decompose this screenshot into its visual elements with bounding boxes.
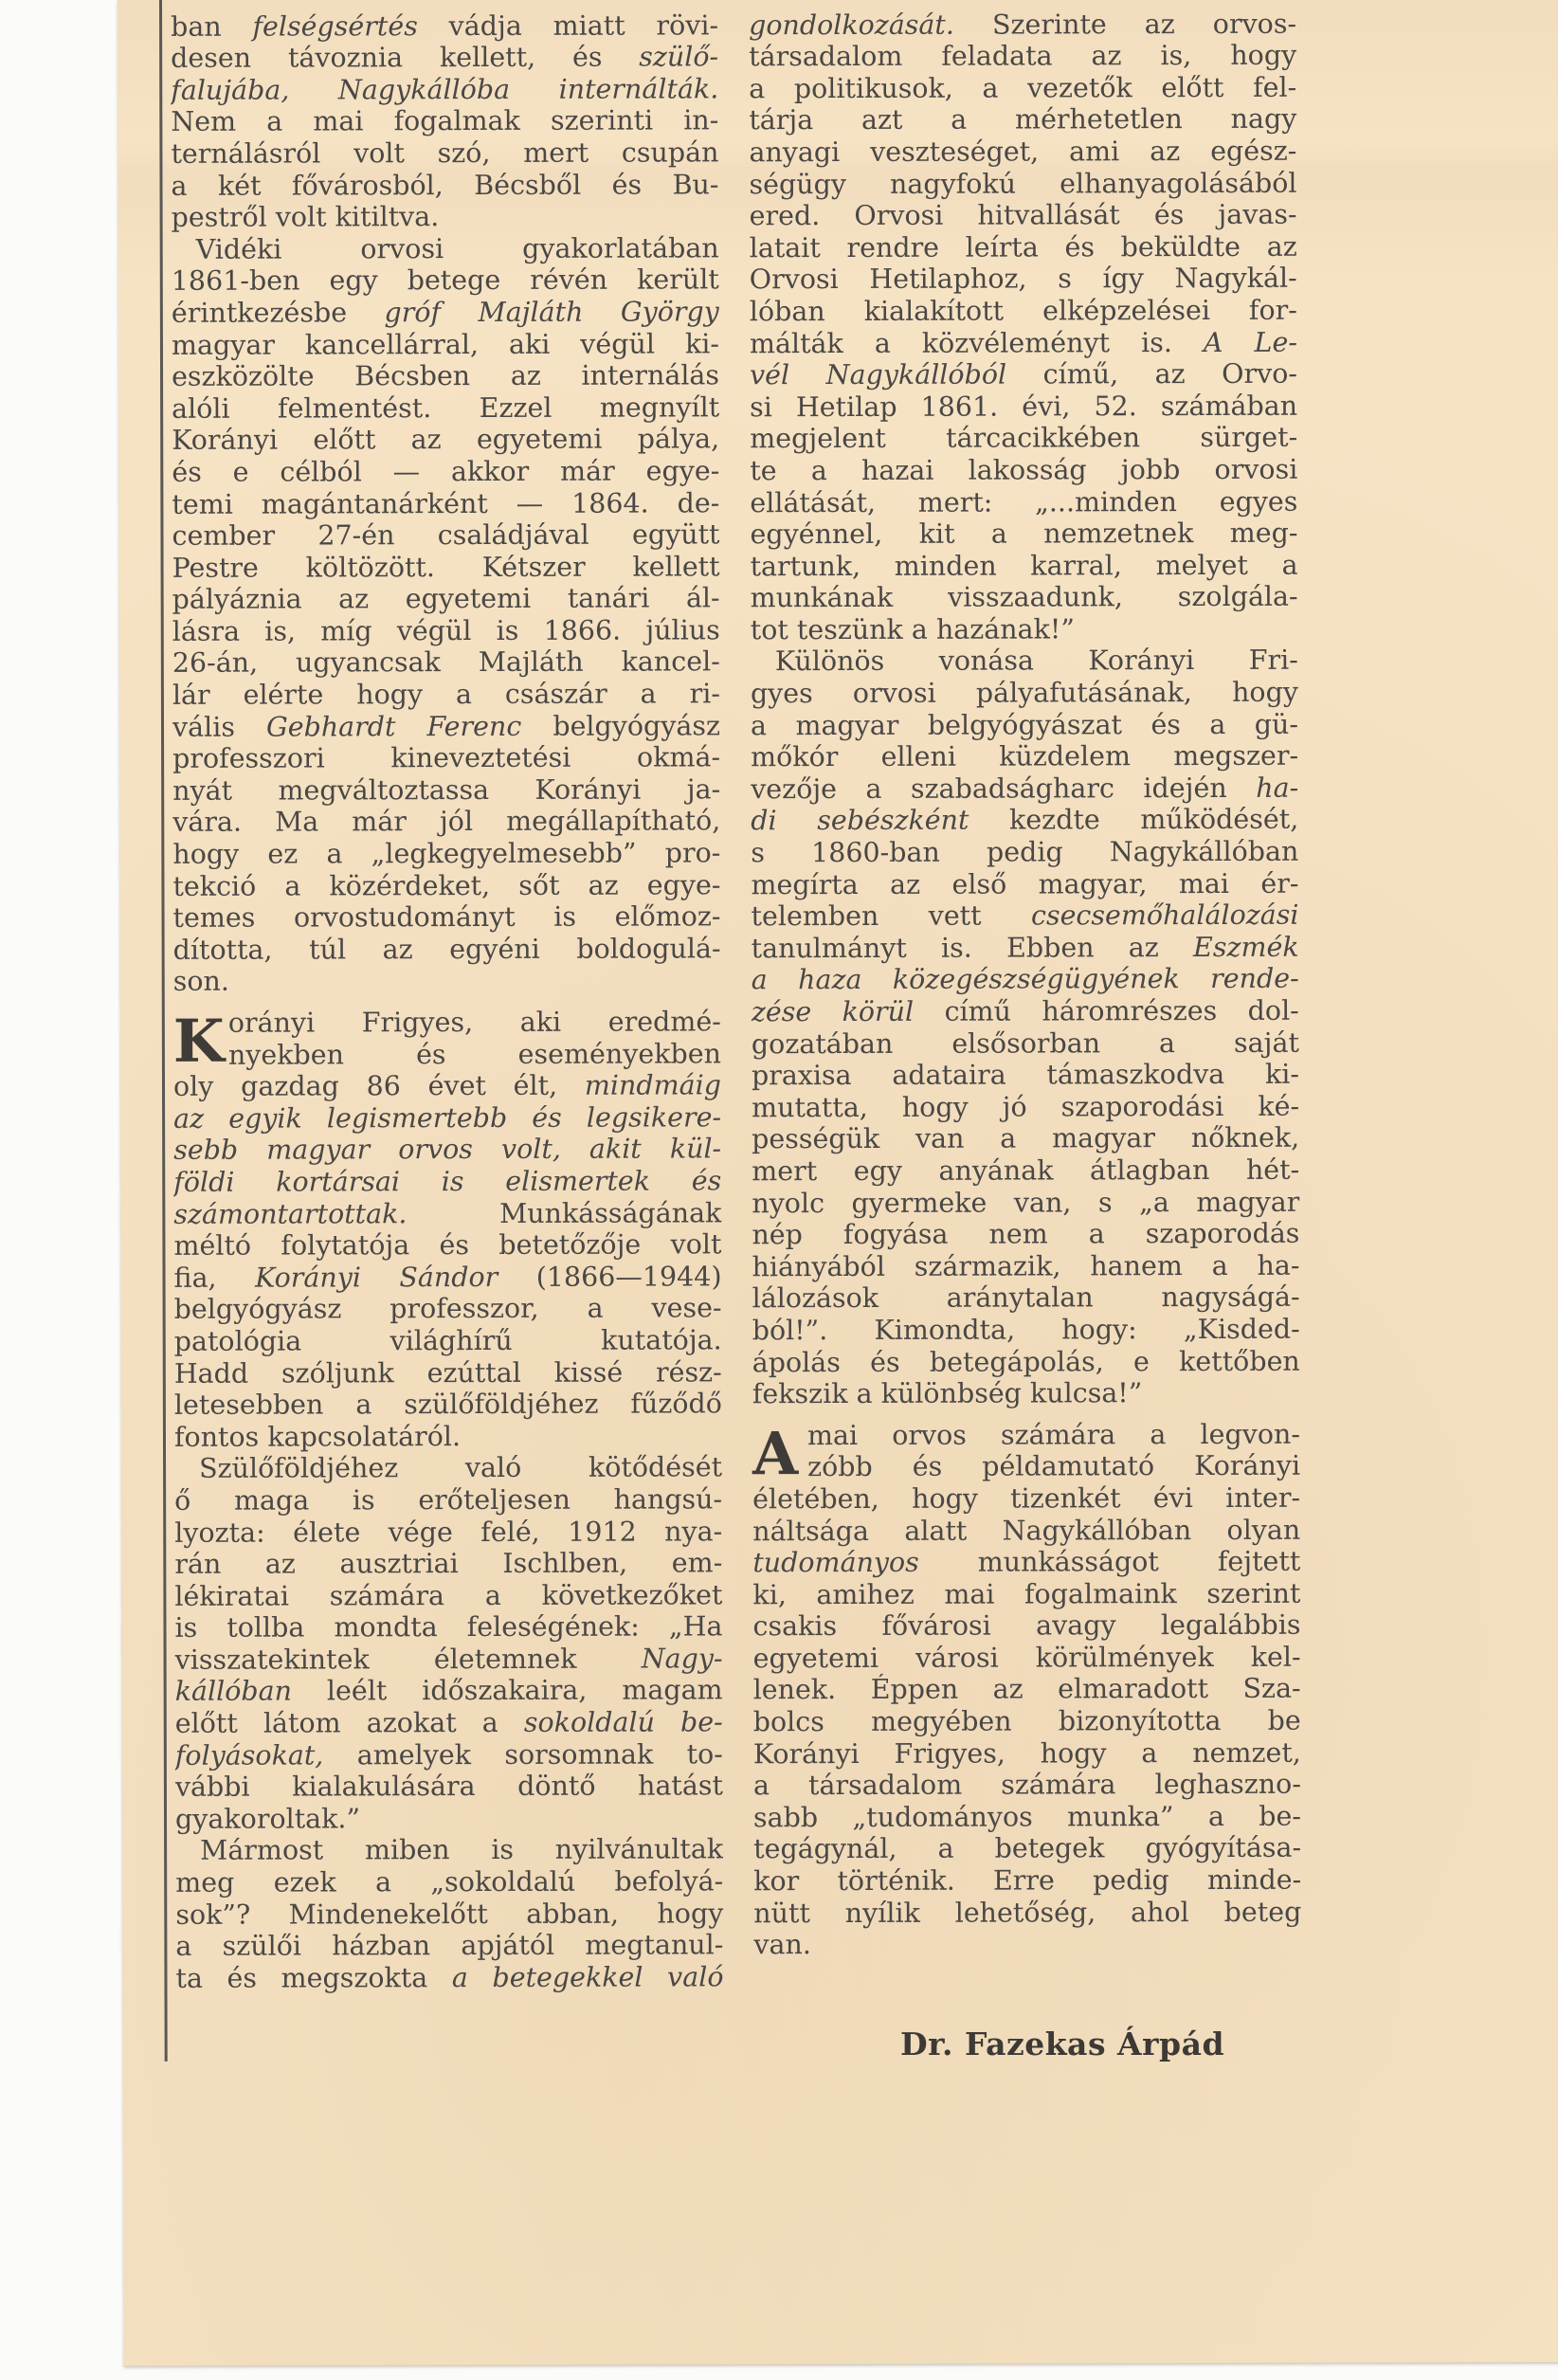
italic-text: mindmáig	[585, 1070, 721, 1101]
text-line: si Hetilap 1861. évi, 52. számában	[750, 390, 1297, 423]
text-line: méltó folytatója és betetőzője volt	[173, 1228, 721, 1262]
text-line: Különös vonása Korányi Fri-	[751, 645, 1298, 678]
text: egyénnel, kit a nemzetnek meg-	[750, 518, 1297, 551]
text-line: az egyik legismertebb és legsikere-	[173, 1101, 721, 1135]
text-line: telemben vett csecsemőhalálozási	[751, 899, 1298, 933]
text-line: 26-án, ugyancsak Majláth kancel-	[172, 646, 720, 680]
text: ból!”. Kimondta, hogy: „Kisded-	[752, 1314, 1300, 1347]
text-line: ellátását, mert: „...minden egyes	[750, 485, 1297, 518]
text-line: gyakoroltak.”	[175, 1802, 723, 1835]
text-line: náltsága alatt Nagykállóban olyan	[752, 1514, 1300, 1547]
text: tekció a közérdeket, sőt az egye-	[172, 869, 720, 902]
text-line: van.	[753, 1928, 1301, 1961]
text: Pestre költözött. Kétszer kellett	[172, 551, 720, 584]
text: Vidéki orvosi gyakorlatában	[196, 232, 719, 264]
text: s 1860-ban pedig Nagykállóban	[751, 836, 1298, 869]
text: hiányából származik, hanem a ha-	[752, 1249, 1299, 1282]
italic-text: az egyik legismertebb és legsikere-	[173, 1101, 721, 1135]
text: Különös vonása Korányi Fri-	[775, 645, 1298, 677]
text: társadalom feladata az is, hogy	[749, 40, 1296, 73]
text: előtt látom azokat a	[175, 1707, 524, 1739]
text-line: ternálásról volt szó, mert csupán	[171, 136, 718, 170]
text-line: tekció a közérdeket, sőt az egye-	[172, 869, 720, 902]
text: kor történik. Erre pedig minde-	[753, 1864, 1301, 1898]
text-line: megjelent tárcacikkében sürget-	[750, 422, 1297, 455]
text-line: előtt látom azokat a sokoldalú be-	[175, 1706, 723, 1739]
italic-text: gondolkozását.	[749, 9, 954, 41]
text-line: Vidéki orvosi gyakorlatában	[172, 232, 719, 265]
text: Nem a mai fogalmak szerinti in-	[171, 105, 718, 138]
text-line: Korányi előtt az egyetemi pálya,	[172, 424, 719, 457]
italic-text: ha-	[1256, 772, 1298, 804]
dropcap-paragraph: Korányi Frigyes, aki eredmé-nyekben és e…	[173, 1006, 721, 1071]
text: pességük van a magyar nőknek,	[752, 1122, 1299, 1155]
text-line: érintkezésbe gróf Majláth György	[172, 296, 719, 329]
author-signature: Dr. Fazekas Árpád	[900, 2026, 1224, 2062]
italic-text: a betegekkel való	[452, 1961, 724, 1993]
text: dította, túl az egyéni boldogulá-	[173, 933, 721, 966]
text-line: ta és megszokta a betegekkel való	[175, 1961, 723, 1994]
text: érintkezésbe	[172, 297, 385, 329]
text: fontos kapcsolatáról.	[174, 1421, 461, 1453]
text: alóli felmentést. Ezzel megnyílt	[172, 391, 719, 425]
text: a két fővárosból, Bécsből és Bu-	[171, 169, 718, 202]
italic-text: zése körül	[752, 996, 914, 1027]
text-line: mőkór elleni küzdelem megszer-	[751, 740, 1298, 773]
text-line: belgyógyász professzor, a vese-	[174, 1293, 722, 1326]
text-line: életében, hogy tizenkét évi inter-	[752, 1482, 1300, 1516]
text-line: lyozta: élete vége felé, 1912 nya-	[174, 1516, 722, 1549]
text-line: kállóban leélt időszakaira, magam	[175, 1675, 723, 1708]
text-line: te a hazai lakosság jobb orvosi	[750, 454, 1297, 487]
italic-text: gróf Majláth György	[384, 296, 718, 328]
text: van.	[753, 1929, 811, 1960]
text-line: vél Nagykállóból című, az Orvo-	[750, 358, 1297, 391]
text: vádja miatt rövi-	[418, 9, 718, 42]
text-line: cember 27-én családjával együtt	[172, 518, 719, 552]
text: (1866—1944)	[498, 1261, 721, 1293]
text-line: fia, Korányi Sándor (1866—1944)	[173, 1261, 721, 1294]
text-line: di sebészként kezdte működését,	[751, 804, 1298, 837]
text: málták a közvéleményt is.	[750, 327, 1204, 359]
text: 1861-ben egy betege révén került	[172, 264, 719, 298]
text: gyes orvosi pályafutásának, hogy	[751, 677, 1298, 710]
text: a magyar belgyógyászat és a gü-	[751, 708, 1298, 741]
text: lenek. Éppen az elmaradott Sza-	[753, 1673, 1301, 1706]
text-line: nütt nyílik lehetőség, ahol beteg	[753, 1896, 1301, 1929]
text-line: Nem a mai fogalmak szerinti in-	[171, 105, 718, 138]
text-line: desen távoznia kellett, és szülő-	[171, 42, 718, 75]
text-line: dította, túl az egyéni boldogulá-	[173, 933, 721, 966]
text-line: a haza közegészségügyének rende-	[752, 963, 1299, 996]
text-line: rán az ausztriai Ischlben, em-	[174, 1547, 722, 1580]
text-line: patológia világhírű kutatója.	[174, 1324, 722, 1357]
text-line: lóban kialakított elképzelései for-	[750, 295, 1297, 328]
text: vezője a szabadságharc idején	[751, 772, 1256, 805]
text: tot teszünk a hazának!”	[751, 613, 1075, 645]
text: mőkór elleni küzdelem megszer-	[751, 740, 1298, 773]
text: vális	[172, 711, 266, 742]
italic-text: kállóban	[175, 1676, 292, 1707]
text: ő maga is erőteljesen hangsú-	[174, 1483, 722, 1517]
text-line: pályáznia az egyetemi tanári ál-	[172, 583, 720, 616]
text-line: praxisa adataira támaszkodva ki-	[752, 1059, 1299, 1092]
text: desen távoznia kellett, és	[171, 42, 639, 74]
text: nép fogyása nem a szaporodás	[752, 1218, 1299, 1251]
text-line: egyetemi városi körülmények kel-	[753, 1642, 1301, 1675]
text-line: tárja azt a mérhetetlen nagy	[749, 103, 1296, 136]
text-line: s 1860-ban pedig Nagykállóban	[751, 836, 1298, 869]
text-line: vezője a szabadságharc idején ha-	[751, 772, 1298, 806]
text-line: vára. Ma már jól megállapítható,	[172, 806, 720, 839]
text-line: professzori kineveztetési okmá-	[172, 742, 720, 775]
text-line: Korányi Frigyes, hogy a nemzet,	[753, 1736, 1301, 1770]
text-line: gozatában elsősorban a saját	[752, 1026, 1299, 1060]
text: Szerinte az orvos-	[954, 8, 1296, 40]
text: belgyógyász professzor, a vese-	[174, 1293, 722, 1326]
text: nütt nyílik lehetőség, ahol beteg	[753, 1896, 1301, 1929]
text: munkásságot fejtett	[919, 1546, 1301, 1578]
text: magyar kancellárral, aki végül ki-	[172, 328, 719, 361]
italic-text: számontartottak.	[173, 1198, 407, 1230]
text-line: meg ezek a „sokoldalú befolyá-	[175, 1865, 723, 1899]
text-line: lár elérte hogy a császár a ri-	[172, 678, 720, 711]
text: tegágynál, a betegek gyógyítása-	[753, 1832, 1301, 1865]
drop-cap-letter: A	[752, 1426, 798, 1482]
text: lóban kialakított elképzelései for-	[750, 295, 1297, 328]
text-line: sabb „tudományos munka” a be-	[753, 1801, 1301, 1834]
text: te a hazai lakosság jobb orvosi	[750, 454, 1297, 487]
text: Orvosi Hetilaphoz, s így Nagykál-	[750, 263, 1297, 296]
text: gozatában elsősorban a saját	[752, 1026, 1299, 1060]
text: patológia világhírű kutatója.	[174, 1324, 722, 1357]
text: pestről volt kitiltva.	[172, 201, 440, 233]
text-line: a politikusok, a vezetők előtt fel-	[749, 72, 1296, 105]
text: ségügy nagyfokú elhanyagolásából	[749, 167, 1296, 200]
text-line: Szülőföldjéhez való kötődését	[174, 1452, 722, 1485]
italic-text: csecsemőhalálozási	[1031, 899, 1299, 932]
text: is tollba mondta feleségének: „Ha	[174, 1611, 722, 1644]
text-line: visszatekintek életemnek Nagy-	[175, 1643, 723, 1676]
text: gyakoroltak.”	[175, 1803, 360, 1835]
text: kezdte működését,	[969, 804, 1298, 836]
text: leélt időszakaira, magam	[292, 1675, 723, 1707]
text-line: latait rendre leírta és beküldte az	[750, 230, 1297, 263]
text-line: folyásokat, amelyek sorsomnak to-	[175, 1738, 723, 1771]
text-line: földi kortársai is elismertek és	[173, 1165, 721, 1198]
text-line: egyénnel, kit a nemzetnek meg-	[750, 518, 1297, 551]
text: megírta az első magyar, mai ér-	[751, 867, 1298, 900]
text: tárja azt a mérhetetlen nagy	[749, 103, 1296, 136]
text: letesebben a szülőföldjéhez fűződő	[174, 1388, 722, 1421]
text-line: nyát megváltoztassa Korányi ja-	[172, 773, 720, 807]
text: ered. Orvosi hitvallását és javas-	[750, 199, 1297, 232]
text: visszatekintek életemnek	[175, 1643, 642, 1675]
text-line: és e célból — akkor már egye-	[172, 455, 719, 488]
text-line: zése körül című háromrészes dol-	[752, 995, 1299, 1028]
text-line: ered. Orvosi hitvallását és javas-	[750, 199, 1297, 232]
text: cember 27-én családjával együtt	[172, 518, 719, 552]
text: Szülőföldjéhez való kötődését	[199, 1452, 722, 1484]
text-line: fekszik a különbség kulcsa!”	[752, 1377, 1300, 1410]
text: nyolc gyermeke van, s „a magyar	[752, 1186, 1299, 1219]
text: telemben vett	[751, 900, 1031, 933]
text-line: mert egy anyának átlagban hét-	[752, 1154, 1299, 1188]
text-line: csakis fővárosi avagy legalábbis	[752, 1609, 1300, 1643]
text-line: lékiratai számára a következőket	[174, 1579, 722, 1612]
text: fia,	[173, 1262, 255, 1293]
text: Hadd szóljunk ezúttal kissé rész-	[174, 1356, 722, 1390]
cropped-line	[171, 0, 718, 10]
text: orányi Frigyes, aki eredmé-	[228, 1006, 721, 1038]
italic-text: di sebészként	[751, 805, 969, 837]
text: anyagi veszteséget, ami az egész-	[749, 136, 1296, 169]
italic-text: vél Nagykállóból	[750, 359, 1006, 391]
text: megjelent tárcacikkében sürget-	[750, 422, 1297, 455]
text: életében, hogy tizenkét évi inter-	[752, 1482, 1300, 1516]
text-line: a szülői házban apjától megtanul-	[175, 1930, 723, 1963]
text-line: lenek. Éppen az elmaradott Sza-	[753, 1673, 1301, 1706]
text: Korányi Frigyes, hogy a nemzet,	[753, 1736, 1301, 1770]
text-line: temes orvostudományt is előmoz-	[172, 901, 720, 935]
article-column-right: gondolkozását. Szerinte az orvos-társada…	[749, 0, 1301, 1961]
italic-text: földi kortársai is elismertek és	[173, 1165, 721, 1198]
text: a politikusok, a vezetők előtt fel-	[749, 72, 1296, 105]
text-line: társadalom feladata az is, hogy	[749, 40, 1296, 73]
text: munkának visszaadunk, szolgála-	[751, 581, 1298, 614]
italic-text: Nagy-	[642, 1643, 723, 1674]
text: méltó folytatója és betetőzője volt	[173, 1228, 721, 1262]
text: temes orvostudományt is előmoz-	[172, 901, 720, 935]
text: Munkásságának	[407, 1197, 721, 1229]
column-rule	[159, 0, 168, 2062]
text: bolcs megyében bizonyította be	[753, 1705, 1301, 1738]
text: a szülői házban apjától megtanul-	[175, 1930, 723, 1963]
article-column-left: ban felségsértés vádja miatt rövi-desen …	[171, 0, 724, 1994]
text: meg ezek a „sokoldalú befolyá-	[175, 1865, 723, 1899]
text-line: mutatta, hogy jó szaporodási ké-	[752, 1091, 1299, 1124]
italic-text: falujába, Nagykállóba internálták.	[171, 73, 718, 106]
text-line: ból!”. Kimondta, hogy: „Kisded-	[752, 1314, 1300, 1347]
text: című, az Orvo-	[1006, 358, 1297, 391]
italic-text: felségsértés	[252, 10, 417, 42]
text: son.	[173, 966, 229, 997]
text: lyozta: élete vége felé, 1912 nya-	[174, 1516, 722, 1549]
text: ápolás és betegápolás, e kettőben	[752, 1345, 1300, 1378]
text-line: Hadd szóljunk ezúttal kissé rész-	[174, 1356, 722, 1390]
text-line: oly gazdag 86 évet élt, mindmáig	[173, 1070, 721, 1103]
text-line: mai orvos számára a legvon-	[752, 1418, 1300, 1451]
text-line: ápolás és betegápolás, e kettőben	[752, 1345, 1300, 1378]
italic-text: a haza közegészségügyének rende-	[752, 963, 1299, 996]
text-line: nyolc gyermeke van, s „a magyar	[752, 1186, 1299, 1219]
text-line: fontos kapcsolatáról.	[174, 1420, 722, 1453]
text-line: hiányából származik, hanem a ha-	[752, 1249, 1299, 1282]
text-line: ő maga is erőteljesen hangsú-	[174, 1483, 722, 1517]
italic-text: Gebhardt Ferenc	[266, 711, 521, 743]
text: praxisa adataira támaszkodva ki-	[752, 1059, 1299, 1092]
text-line: Mármost miben is nyilvánultak	[175, 1834, 723, 1867]
text: tartunk, minden karral, melyet a	[751, 549, 1298, 582]
text-line: nép fogyása nem a szaporodás	[752, 1218, 1299, 1251]
text-line: tot teszünk a hazának!”	[751, 613, 1298, 646]
text: ta és megszokta	[175, 1962, 451, 1994]
text-line: pességük van a magyar nőknek,	[752, 1122, 1299, 1155]
text-line: a társadalom számára leghaszno-	[753, 1769, 1301, 1802]
text-line: falujába, Nagykállóba internálták.	[171, 73, 718, 106]
newspaper-clipping: ban felségsértés vádja miatt rövi-desen …	[118, 0, 1558, 2366]
text: lár elérte hogy a császár a ri-	[172, 678, 720, 711]
text-line: kor történik. Erre pedig minde-	[753, 1864, 1301, 1898]
italic-text: A Le-	[1204, 326, 1297, 357]
text: latait rendre leírta és beküldte az	[750, 230, 1297, 263]
text: nyát megváltoztassa Korányi ja-	[172, 773, 720, 807]
text-line: ban felségsértés vádja miatt rövi-	[171, 9, 718, 43]
text: nyekben és eseményekben	[228, 1038, 721, 1070]
text-line: ki, amihez mai fogalmaink szerint	[752, 1577, 1300, 1610]
text-line: is tollba mondta feleségének: „Ha	[174, 1611, 722, 1644]
text: vára. Ma már jól megállapítható,	[172, 806, 720, 839]
drop-cap-letter: K	[173, 1013, 225, 1070]
text: belgyógyász	[521, 710, 720, 742]
text: ki, amihez mai fogalmaink szerint	[752, 1577, 1300, 1610]
text: zóbb és példamutató Korányi	[807, 1450, 1300, 1482]
text: sabb „tudományos munka” a be-	[753, 1801, 1301, 1834]
text: mutatta, hogy jó szaporodási ké-	[752, 1091, 1299, 1124]
text: pályáznia az egyetemi tanári ál-	[172, 583, 720, 616]
italic-text: Eszmék	[1193, 932, 1299, 963]
text-line: letesebben a szülőföldjéhez fűződő	[174, 1388, 722, 1421]
text: amelyek sorsomnak to-	[323, 1738, 723, 1771]
text-line: munkának visszaadunk, szolgála-	[751, 581, 1298, 614]
text: temi magántanárként — 1864. de-	[172, 487, 719, 520]
text: tanulmányt is. Ebben az	[752, 932, 1193, 964]
text-line: nyekben és eseményekben	[173, 1038, 721, 1071]
text: ellátását, mert: „...minden egyes	[750, 485, 1297, 518]
text: lálozások aránytalan nagyságá-	[752, 1281, 1300, 1315]
text: fekszik a különbség kulcsa!”	[752, 1377, 1143, 1409]
text-line: zóbb és példamutató Korányi	[752, 1450, 1300, 1483]
text: a társadalom számára leghaszno-	[753, 1769, 1301, 1802]
text: si Hetilap 1861. évi, 52. számában	[750, 390, 1297, 423]
text-line: bolcs megyében bizonyította be	[753, 1705, 1301, 1738]
italic-text: szülő-	[639, 42, 718, 73]
text-line: hogy ez a „legkegyelmesebb” pro-	[172, 837, 720, 870]
text: eszközölte Bécsben az internálás	[172, 359, 719, 392]
text-line: ségügy nagyfokú elhanyagolásából	[749, 167, 1296, 200]
text-line: a magyar belgyógyászat és a gü-	[751, 708, 1298, 741]
italic-text: sebb magyar orvos volt, akit kül-	[173, 1134, 721, 1167]
text-line: tanulmányt is. Ebben az Eszmék	[752, 932, 1299, 965]
text: sok”? Mindenekelőtt abban, hogy	[175, 1898, 723, 1931]
text-line: sebb magyar orvos volt, akit kül-	[173, 1134, 721, 1167]
text: Mármost miben is nyilvánultak	[200, 1834, 723, 1866]
text: című háromrészes dol-	[914, 995, 1299, 1027]
text: csakis fővárosi avagy legalábbis	[752, 1609, 1300, 1643]
text: és e célból — akkor már egye-	[172, 455, 719, 488]
text-line: lálozások aránytalan nagyságá-	[752, 1281, 1300, 1315]
text-line: pestről volt kitiltva.	[172, 200, 719, 233]
text-line: Pestre költözött. Kétszer kellett	[172, 551, 720, 584]
text-line: a két fővárosból, Bécsből és Bu-	[171, 169, 718, 202]
text: lékiratai számára a következőket	[174, 1579, 722, 1612]
text: vábbi kialakulására döntő hatást	[175, 1771, 723, 1804]
dropcap-paragraph: Amai orvos számára a legvon-zóbb és péld…	[752, 1418, 1300, 1483]
text-line: temi magántanárként — 1864. de-	[172, 487, 719, 520]
italic-text: tudományos	[752, 1547, 919, 1578]
text-line: vábbi kialakulására döntő hatást	[175, 1771, 723, 1804]
text-line: Orvosi Hetilaphoz, s így Nagykál-	[750, 263, 1297, 296]
text-line: magyar kancellárral, aki végül ki-	[172, 328, 719, 361]
text-line: lásra is, míg végül is 1866. július	[172, 614, 720, 647]
text: Korányi előtt az egyetemi pálya,	[172, 424, 719, 457]
italic-text: Korányi Sándor	[255, 1262, 498, 1294]
text-line: 1861-ben egy betege révén került	[172, 264, 719, 298]
text-line: tartunk, minden karral, melyet a	[751, 549, 1298, 582]
text-line: orányi Frigyes, aki eredmé-	[173, 1006, 721, 1039]
text-line: számontartottak. Munkásságának	[173, 1197, 721, 1230]
text-line: eszközölte Bécsben az internálás	[172, 359, 719, 392]
text-line: tegágynál, a betegek gyógyítása-	[753, 1832, 1301, 1865]
text: rán az ausztriai Ischlben, em-	[174, 1547, 722, 1580]
text: egyetemi városi körülmények kel-	[753, 1642, 1301, 1675]
text-line: megírta az első magyar, mai ér-	[751, 867, 1298, 900]
italic-text: sokoldalú be-	[524, 1706, 723, 1738]
text-line: málták a közvéleményt is. A Le-	[750, 326, 1297, 359]
cropped-line	[749, 0, 1296, 9]
text: ternálásról volt szó, mert csupán	[171, 136, 718, 170]
text-line: anyagi veszteséget, ami az egész-	[749, 136, 1296, 169]
text-line: sok”? Mindenekelőtt abban, hogy	[175, 1898, 723, 1931]
text: lásra is, míg végül is 1866. július	[172, 614, 720, 647]
text: mai orvos számára a legvon-	[807, 1418, 1300, 1450]
text-line: alóli felmentést. Ezzel megnyílt	[172, 391, 719, 425]
text: náltsága alatt Nagykállóban olyan	[752, 1514, 1300, 1547]
text-line: vális Gebhardt Ferenc belgyógyász	[172, 710, 720, 743]
text: professzori kineveztetési okmá-	[172, 742, 720, 775]
italic-text: folyásokat,	[175, 1739, 324, 1771]
text: oly gazdag 86 évet élt,	[173, 1070, 585, 1102]
text: 26-án, ugyancsak Majláth kancel-	[172, 646, 720, 680]
text-line: son.	[173, 965, 721, 998]
text-line: tudományos munkásságot fejtett	[752, 1546, 1300, 1579]
text: ban	[171, 10, 252, 42]
text: mert egy anyának átlagban hét-	[752, 1154, 1299, 1188]
text-line: gondolkozását. Szerinte az orvos-	[749, 8, 1296, 41]
text: hogy ez a „legkegyelmesebb” pro-	[172, 837, 720, 870]
text-line: gyes orvosi pályafutásának, hogy	[751, 677, 1298, 710]
